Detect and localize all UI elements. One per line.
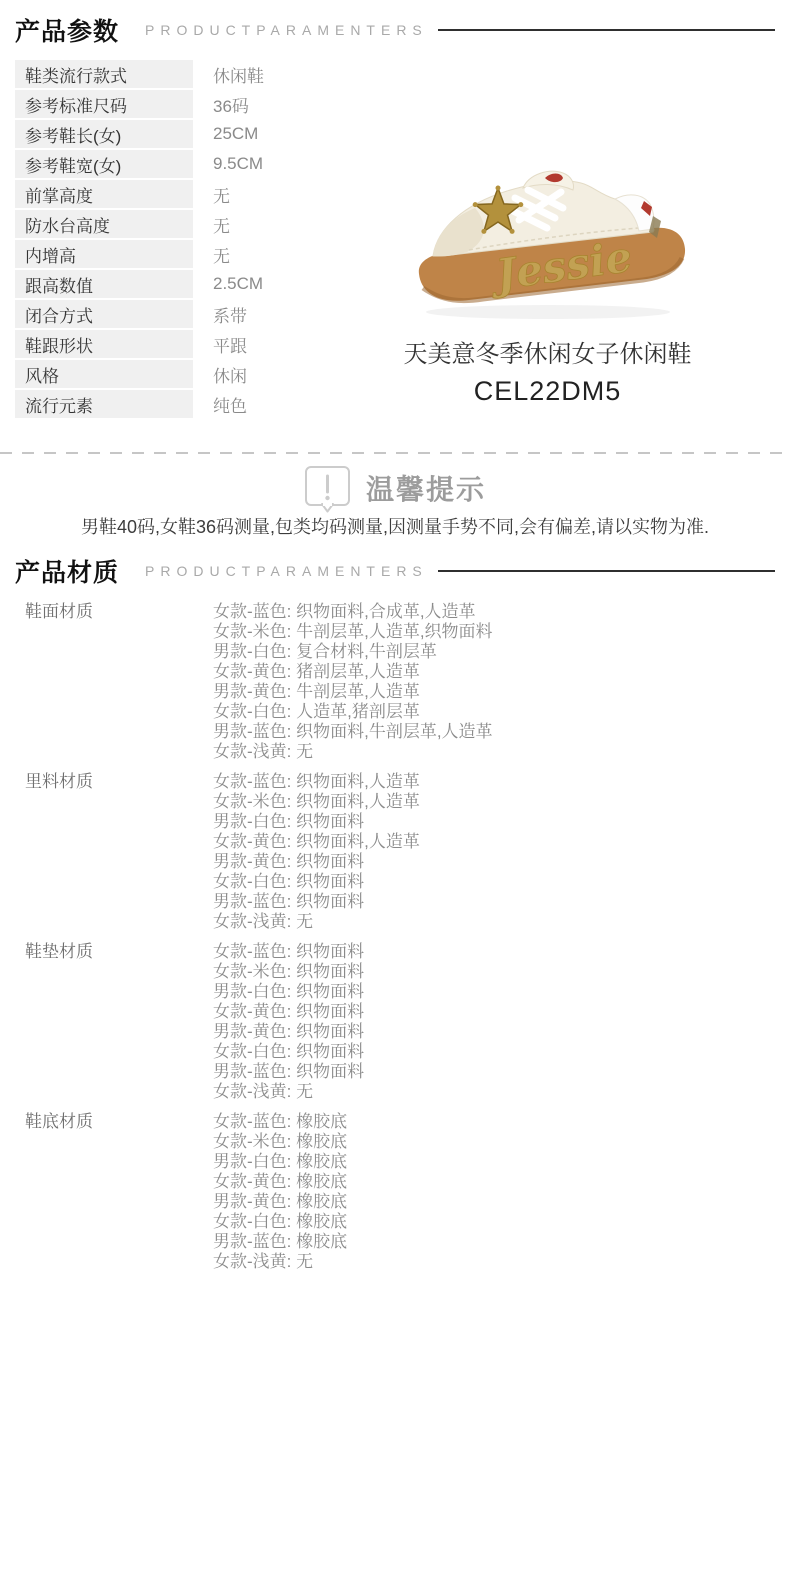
param-value: 系带 bbox=[213, 302, 247, 327]
material-item: 女款-米色: 织物面料 bbox=[213, 962, 790, 982]
material-item: 女款-白色: 织物面料 bbox=[213, 1042, 790, 1062]
param-value: 2.5CM bbox=[213, 274, 263, 294]
param-label: 防水台高度 bbox=[15, 210, 193, 238]
param-value: 无 bbox=[213, 182, 230, 207]
material-item: 男款-白色: 织物面料 bbox=[213, 812, 790, 832]
dashed-divider bbox=[0, 452, 790, 454]
material-item: 女款-黄色: 织物面料,人造革 bbox=[213, 832, 790, 852]
material-item: 女款-米色: 牛剖层革,人造革,织物面料 bbox=[213, 622, 790, 642]
material-item: 女款-白色: 织物面料 bbox=[213, 872, 790, 892]
param-value: 休闲鞋 bbox=[213, 62, 264, 87]
param-value: 无 bbox=[213, 212, 230, 237]
material-item-list: 女款-蓝色: 织物面料女款-米色: 织物面料男款-白色: 织物面料女款-黄色: … bbox=[213, 942, 790, 1102]
param-label: 鞋跟形状 bbox=[15, 330, 193, 358]
param-value: 纯色 bbox=[213, 392, 247, 417]
material-item: 男款-白色: 织物面料 bbox=[213, 982, 790, 1002]
material-item: 男款-蓝色: 织物面料 bbox=[213, 1062, 790, 1082]
material-item-list: 女款-蓝色: 织物面料,人造革女款-米色: 织物面料,人造革男款-白色: 织物面… bbox=[213, 772, 790, 932]
param-label: 风格 bbox=[15, 360, 193, 388]
product-image: Jessie bbox=[403, 128, 693, 328]
material-item: 女款-白色: 橡胶底 bbox=[213, 1212, 790, 1232]
param-row: 参考标准尺码36码 bbox=[15, 90, 375, 118]
param-label: 内增高 bbox=[15, 240, 193, 268]
material-item: 男款-白色: 橡胶底 bbox=[213, 1152, 790, 1172]
notice-header: 温馨提示 bbox=[0, 465, 790, 513]
param-row: 前掌高度无 bbox=[15, 180, 375, 208]
material-item: 女款-浅黄: 无 bbox=[213, 1082, 790, 1102]
param-value: 9.5CM bbox=[213, 154, 263, 174]
param-label: 参考鞋宽(女) bbox=[15, 150, 193, 178]
material-item: 女款-蓝色: 织物面料,人造革 bbox=[213, 772, 790, 792]
param-row: 闭合方式系带 bbox=[15, 300, 375, 328]
param-row: 内增高无 bbox=[15, 240, 375, 268]
product-code: CEL22DM5 bbox=[474, 376, 622, 407]
material-group: 里料材质女款-蓝色: 织物面料,人造革女款-米色: 织物面料,人造革男款-白色:… bbox=[0, 772, 790, 932]
material-item: 女款-浅黄: 无 bbox=[213, 912, 790, 932]
material-item: 男款-蓝色: 织物面料 bbox=[213, 892, 790, 912]
param-label: 参考标准尺码 bbox=[15, 90, 193, 118]
param-value: 25CM bbox=[213, 124, 258, 144]
materials-section-title: 产品材质 bbox=[15, 553, 119, 589]
param-row: 风格休闲 bbox=[15, 360, 375, 388]
material-group-label: 鞋底材质 bbox=[0, 1112, 213, 1272]
param-value: 36码 bbox=[213, 92, 249, 117]
material-item: 男款-黄色: 织物面料 bbox=[213, 852, 790, 872]
exclamation-bubble-icon bbox=[304, 465, 352, 513]
params-area: 鞋类流行款式休闲鞋参考标准尺码36码参考鞋长(女)25CM参考鞋宽(女)9.5C… bbox=[0, 60, 790, 420]
material-item: 女款-白色: 人造革,猪剖层革 bbox=[213, 702, 790, 722]
notice-text: 男鞋40码,女鞋36码测量,包类均码测量,因测量手势不同,会有偏差,请以实物为准… bbox=[0, 513, 790, 539]
material-item: 女款-米色: 橡胶底 bbox=[213, 1132, 790, 1152]
materials-section-header: 产品材质 PRODUCTPARAMENTERS bbox=[0, 539, 790, 589]
param-label: 前掌高度 bbox=[15, 180, 193, 208]
material-item: 男款-黄色: 牛剖层革,人造革 bbox=[213, 682, 790, 702]
material-group-label: 鞋垫材质 bbox=[0, 942, 213, 1102]
material-group: 鞋面材质女款-蓝色: 织物面料,合成革,人造革女款-米色: 牛剖层革,人造革,织… bbox=[0, 602, 790, 762]
material-item: 女款-浅黄: 无 bbox=[213, 1252, 790, 1272]
material-group-label: 鞋面材质 bbox=[0, 602, 213, 762]
param-value: 无 bbox=[213, 242, 230, 267]
params-section-header: 产品参数 PRODUCTPARAMENTERS bbox=[0, 0, 790, 48]
param-label: 流行元素 bbox=[15, 390, 193, 418]
material-item: 女款-黄色: 橡胶底 bbox=[213, 1172, 790, 1192]
material-group: 鞋垫材质女款-蓝色: 织物面料女款-米色: 织物面料男款-白色: 织物面料女款-… bbox=[0, 942, 790, 1102]
material-item-list: 女款-蓝色: 织物面料,合成革,人造革女款-米色: 牛剖层革,人造革,织物面料男… bbox=[213, 602, 790, 762]
material-item: 男款-黄色: 橡胶底 bbox=[213, 1192, 790, 1212]
material-item: 女款-米色: 织物面料,人造革 bbox=[213, 792, 790, 812]
material-item: 女款-黄色: 猪剖层革,人造革 bbox=[213, 662, 790, 682]
param-row: 鞋跟形状平跟 bbox=[15, 330, 375, 358]
param-row: 鞋类流行款式休闲鞋 bbox=[15, 60, 375, 88]
params-section-title: 产品参数 bbox=[15, 12, 119, 48]
material-item: 女款-蓝色: 织物面料 bbox=[213, 942, 790, 962]
param-table: 鞋类流行款式休闲鞋参考标准尺码36码参考鞋长(女)25CM参考鞋宽(女)9.5C… bbox=[0, 60, 375, 420]
param-value: 休闲 bbox=[213, 362, 247, 387]
material-item: 男款-黄色: 织物面料 bbox=[213, 1022, 790, 1042]
param-label: 跟高数值 bbox=[15, 270, 193, 298]
param-label: 鞋类流行款式 bbox=[15, 60, 193, 88]
param-row: 参考鞋长(女)25CM bbox=[15, 120, 375, 148]
param-row: 参考鞋宽(女)9.5CM bbox=[15, 150, 375, 178]
product-name: 天美意冬季休闲女子休闲鞋 bbox=[404, 334, 692, 369]
param-row: 流行元素纯色 bbox=[15, 390, 375, 418]
material-item: 男款-蓝色: 织物面料,牛剖层革,人造革 bbox=[213, 722, 790, 742]
header-rule bbox=[438, 29, 775, 31]
product-column: Jessie 天美意冬季休闲女子休闲鞋 CEL22DM5 bbox=[375, 60, 790, 420]
material-group-label: 里料材质 bbox=[0, 772, 213, 932]
param-label: 闭合方式 bbox=[15, 300, 193, 328]
param-row: 防水台高度无 bbox=[15, 210, 375, 238]
material-item: 女款-蓝色: 织物面料,合成革,人造革 bbox=[213, 602, 790, 622]
material-item: 男款-蓝色: 橡胶底 bbox=[213, 1232, 790, 1252]
notice-title: 温馨提示 bbox=[366, 468, 486, 508]
param-row: 跟高数值2.5CM bbox=[15, 270, 375, 298]
material-item-list: 女款-蓝色: 橡胶底女款-米色: 橡胶底男款-白色: 橡胶底女款-黄色: 橡胶底… bbox=[213, 1112, 790, 1272]
materials-section-subtitle: PRODUCTPARAMENTERS bbox=[145, 563, 428, 579]
material-item: 男款-白色: 复合材料,牛剖层革 bbox=[213, 642, 790, 662]
material-item: 女款-黄色: 织物面料 bbox=[213, 1002, 790, 1022]
param-value: 平跟 bbox=[213, 332, 247, 357]
shoe-illustration: Jessie bbox=[403, 128, 693, 323]
param-label: 参考鞋长(女) bbox=[15, 120, 193, 148]
header-rule bbox=[438, 570, 775, 572]
params-section-subtitle: PRODUCTPARAMENTERS bbox=[145, 22, 428, 38]
material-group: 鞋底材质女款-蓝色: 橡胶底女款-米色: 橡胶底男款-白色: 橡胶底女款-黄色:… bbox=[0, 1112, 790, 1272]
material-item: 女款-蓝色: 橡胶底 bbox=[213, 1112, 790, 1132]
materials-area: 鞋面材质女款-蓝色: 织物面料,合成革,人造革女款-米色: 牛剖层革,人造革,织… bbox=[0, 602, 790, 1272]
material-item: 女款-浅黄: 无 bbox=[213, 742, 790, 762]
